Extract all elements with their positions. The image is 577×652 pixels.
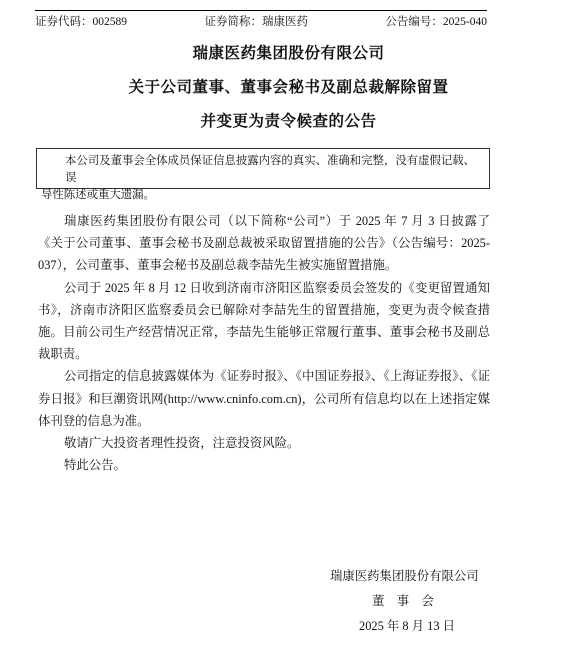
signature-date: 2025 年 8 月 13 日: [359, 616, 455, 634]
announcement-title-line2: 并变更为责令候查的公告: [0, 109, 577, 131]
announcement-number: 公告编号：2025-040: [385, 13, 487, 29]
paragraph-closing: 特此公告。: [38, 454, 490, 476]
paragraph-media: 公司指定的信息披露媒体为《证券时报》、《中国证券报》、《上海证券报》、《证券日报…: [38, 365, 490, 432]
announcement-title-line1: 关于公司董事、董事会秘书及副总裁解除留置: [0, 75, 577, 97]
announcement-body: 瑞康医药集团股份有限公司（以下简称“公司”）于 2025 年 7 月 3 日披露…: [38, 210, 490, 476]
disclaimer-line1: 本公司及董事会全体成员保证信息披露内容的真实、准确和完整，没有虚假记载、误: [41, 152, 485, 186]
document-header: 证券代码：002589 证券简称：瑞康医药 公告编号：2025-040: [35, 10, 487, 29]
company-title: 瑞康医药集团股份有限公司: [0, 41, 577, 63]
signature-company: 瑞康医药集团股份有限公司: [330, 566, 479, 584]
paragraph-change-notice: 公司于 2025 年 8 月 12 日收到济南市济阳区监察委员会签发的《变更留置…: [38, 277, 490, 366]
paragraph-disclosure: 瑞康医药集团股份有限公司（以下简称“公司”）于 2025 年 7 月 3 日披露…: [38, 210, 490, 277]
stock-short-name: 证券简称：瑞康医药: [204, 13, 308, 29]
stock-code: 证券代码：002589: [35, 13, 127, 29]
disclaimer-box: 本公司及董事会全体成员保证信息披露内容的真实、准确和完整，没有虚假记载、误 导性…: [36, 148, 490, 189]
paragraph-risk: 敬请广大投资者理性投资，注意投资风险。: [38, 432, 490, 454]
disclaimer-line2: 导性陈述或重大遗漏。: [41, 186, 485, 203]
signature-board: 董 事 会: [372, 591, 434, 609]
